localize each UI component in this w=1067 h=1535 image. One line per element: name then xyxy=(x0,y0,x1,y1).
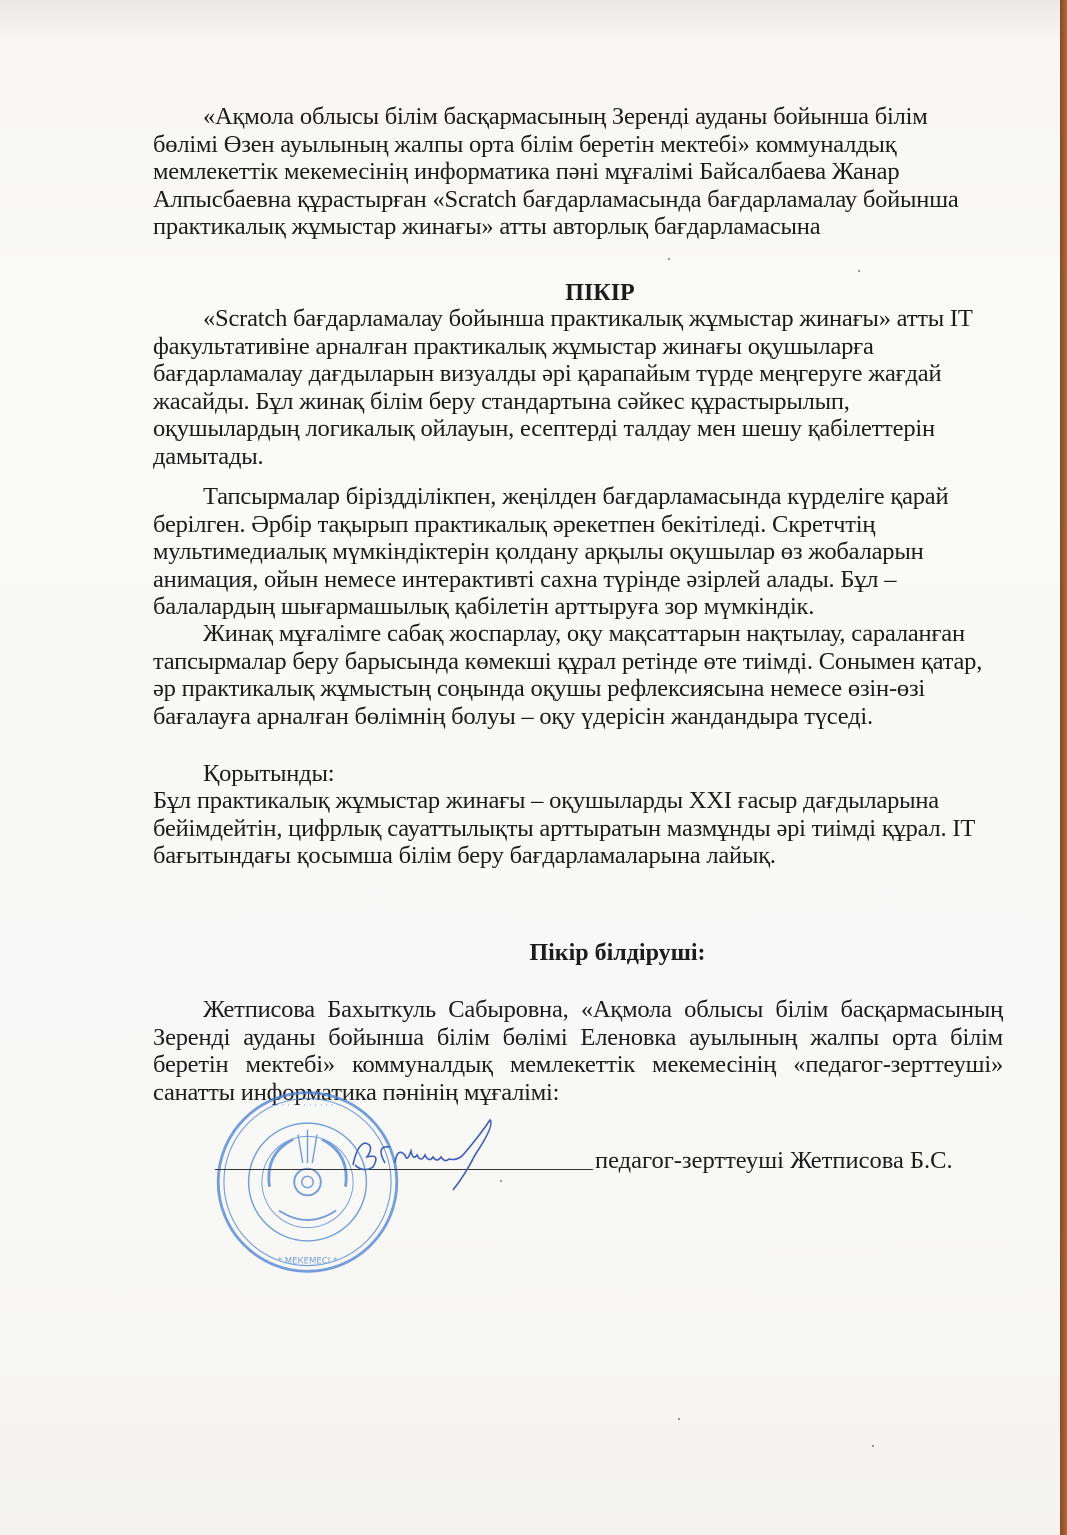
intro-paragraph: «Ақмола облысы білім басқармасының Зерен… xyxy=(153,103,983,241)
document-title: ПІКІР xyxy=(0,280,1067,307)
conclusion-label: Қорытынды: xyxy=(153,760,983,788)
svg-text:* МЕКЕМЕСІ *: * МЕКЕМЕСІ * xyxy=(278,1257,338,1267)
signature-caption: педагог-зерттеуші Жетписова Б.С. xyxy=(595,1147,953,1175)
page-edge xyxy=(1060,0,1067,1535)
conclusion-paragraph: Бұл практикалық жұмыстар жинағы – оқушыл… xyxy=(153,787,983,870)
body-paragraph-1: «Scratch бағдарламалау бойынша практикал… xyxy=(153,305,983,471)
handwritten-signature-icon xyxy=(345,1115,495,1195)
reviewer-label: Пікір білдіруші: xyxy=(0,940,1067,967)
svg-text:· · · · · · · · · · · ·: · · · · · · · · · · · · xyxy=(276,1101,339,1111)
body-paragraph-3: Жинақ мұғалімге сабақ жоспарлау, оқу мақ… xyxy=(153,620,983,730)
signature-row: педагог-зерттеуші Жетписова Б.С. xyxy=(207,1147,1007,1187)
body-paragraph-2: Тапсырмалар біріздділікпен, жеңілден бағ… xyxy=(153,483,983,621)
